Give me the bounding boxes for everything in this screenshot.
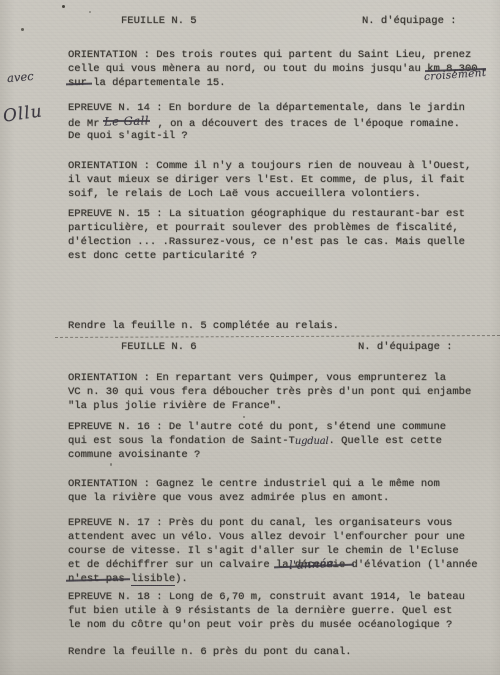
text-segment: et de déchiffrer sur un calvaire [68,559,276,571]
sheet5-orientation-1: ORIENTATION : Des trois routes qui parte… [68,48,478,90]
text-line: EPREUVE N. 14 : En bordure de la départe… [68,101,465,115]
sheet6-orientation-1: ORIENTATION : En repartant vers Quimper,… [68,371,471,413]
text-line: il vaut mieux se diriger vers l'Est. Et … [68,173,471,187]
sheet6-epreuve-17: EPREUVE N. 17 : Près du pont du canal, l… [68,516,478,586]
text-segment: d'élévation (l'année [345,559,477,571]
sheet5-crew-number-label: N. d'équipage : [362,14,457,28]
text-line: course de vitesse. Il s'agit d'aller sur… [68,544,478,558]
text-line: ORIENTATION : Gagnez le centre industrie… [68,477,440,491]
sheet6-return-instruction: Rendre la feuille n. 6 près du pont du c… [68,645,352,659]
scanned-document-page: FEUILLE N. 5 N. d'équipage : ORIENTATION… [0,0,500,675]
text-line: ORIENTATION : Comme il n'y a toujours ri… [68,159,471,173]
text-line: Rendre la feuille n. 6 près du pont du c… [68,645,352,659]
ink-speck [62,5,65,8]
text-segment: ). [175,573,188,585]
ink-speck [243,416,245,418]
sheet5-return-instruction: Rendre la feuille n. 5 complétée au rela… [68,319,339,333]
text-segment: qui est sous la fondation de Saint-T [68,435,295,447]
text-segment: la départementale 15. [87,77,226,89]
text-line: est donc cette particularité ? [68,249,465,263]
ink-speck [21,28,24,31]
sheet6-crew-number-label: N. d'équipage : [358,340,453,354]
text-line: sur la départementale 15. [68,76,478,90]
sheet-separator-line [55,335,500,338]
text-line: ORIENTATION : Des trois routes qui parte… [68,48,478,62]
handwritten-crossed-out-name: Le Gall [103,113,148,128]
ink-speck [89,11,91,13]
ink-speck [110,463,112,466]
text-line: n'est paslisible). [68,572,478,586]
text-line: qui est sous la fondation de Saint-Tugdu… [68,434,446,448]
text-line: celle qui vous mènera au nord, ou tout d… [68,62,478,76]
text-line: EPREUVE N. 18 : Long de 6,70 m, construi… [68,590,465,604]
text-line: EPREUVE N. 15 : La situation géographiqu… [68,207,465,221]
text-line: EPREUVE N. 16 : De l'autre coté du pont,… [68,420,446,434]
text-line: ORIENTATION : En repartant vers Quimper,… [68,371,471,385]
handwritten-correction-annee: l'année [289,556,335,572]
sheet6-epreuve-18: EPREUVE N. 18 : Long de 6,70 m, construi… [68,590,465,632]
text-line: que la rivière que vous avez admirée plu… [68,491,440,505]
text-line: VC n. 30 qui vous fera déboucher très pr… [68,385,471,399]
sheet5-orientation-2: ORIENTATION : Comme il n'y a toujours ri… [68,159,471,201]
text-segment: . Quelle est cette [329,435,442,447]
text-line: "la plus jolie rivière de France". [68,399,471,413]
sheet6-title: FEUILLE N. 6 [121,340,197,354]
text-line: attendent avec un vélo. Vous allez devoi… [68,530,478,544]
sheet5-header: FEUILLE N. 5 N. d'équipage : [0,14,500,28]
sheet5-epreuve-14: EPREUVE N. 14 : En bordure de la départe… [68,101,465,143]
sheet6-epreuve-16: EPREUVE N. 16 : De l'autre coté du pont,… [68,420,446,462]
sheet6-header: FEUILLE N. 6 N. d'équipage : [0,340,500,354]
handwritten-margin-name-ollu: Ollu [2,101,44,126]
sheet5-title: FEUILLE N. 5 [121,14,197,28]
sheet5-epreuve-15: EPREUVE N. 15 : La situation géographiqu… [68,207,465,263]
text-line: Rendre la feuille n. 5 complétée au rela… [68,319,339,333]
text-line: soif, le relais de Loch Laë vous accueil… [68,187,471,201]
text-line: De quoi s'agit-il ? [68,129,465,143]
struck-text: sur [68,76,87,90]
text-line: fut bien utile à 9 résistants de la dern… [68,604,465,618]
text-line: le nom du côtre qu'on peut voir près du … [68,618,465,632]
text-line: et de déchiffrer sur un calvaire la déce… [68,558,478,572]
text-segment: , on a découvert des traces de l'époque … [158,118,460,130]
underlined-text: lisible [131,573,175,586]
text-line: d'élection ... .Rassurez-vous, ce n'est … [68,235,465,249]
text-segment: celle qui vous mènera au nord, ou tout d… [68,63,427,75]
text-line: EPREUVE N. 17 : Près du pont du canal, l… [68,516,478,530]
sheet6-orientation-2: ORIENTATION : Gagnez le centre industrie… [68,477,440,505]
handwritten-inline-ugdual: ugdual [295,436,329,447]
handwritten-correction-avec: avec [6,69,34,85]
struck-text: n'est pas [68,572,125,586]
text-line: commune avoisinante ? [68,448,446,462]
text-line: particulière, et pourrait soulever des p… [68,221,465,235]
text-line: de MrLe Gall, on a découvert des traces … [68,115,465,129]
